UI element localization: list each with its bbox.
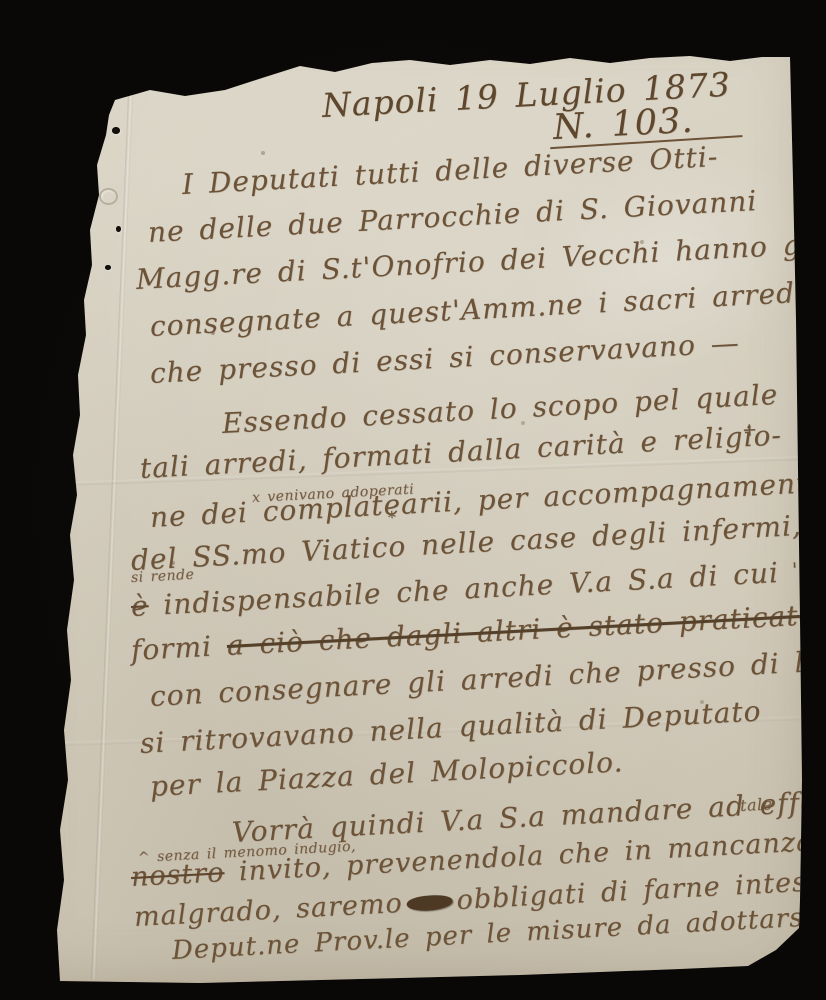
letter-paper: Napoli 19 Luglio 1873 N. 103. I Deputati… <box>0 0 826 1000</box>
text-segment: formi <box>130 630 213 667</box>
photo-background: Napoli 19 Luglio 1873 N. 103. I Deputati… <box>0 0 826 1000</box>
struck-word: è <box>130 589 149 623</box>
insertion-mark-star: * <box>388 508 398 527</box>
letter-number: N. 103. <box>552 101 694 148</box>
right-margin-tick: ' <box>791 558 799 582</box>
handwriting-layer: Napoli 19 Luglio 1873 N. 103. I Deputati… <box>0 0 826 1000</box>
interlinear-note-si-rende: si rende <box>131 567 195 586</box>
paper-speckles <box>0 0 2 2</box>
ink-blot <box>406 894 453 911</box>
struck-word: nostro <box>130 857 225 893</box>
